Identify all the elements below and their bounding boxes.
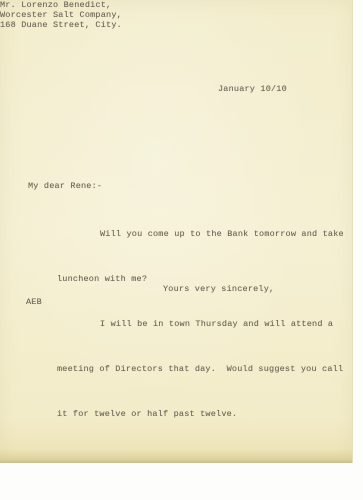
- body-line: Will you come up to the Bank tomorrow an…: [57, 227, 344, 242]
- typist-initials: AEB: [26, 297, 42, 307]
- body-line: meeting of Directors that day. Would sug…: [57, 362, 344, 377]
- recipient-company: Worcester Salt Company,: [0, 10, 352, 20]
- letter-paper: January 10/10 Mr. Lorenzo Benedict, Worc…: [0, 0, 353, 463]
- scanned-letter-background: January 10/10 Mr. Lorenzo Benedict, Worc…: [0, 0, 363, 500]
- body-line: I will be in town Thursday and will atte…: [57, 317, 344, 332]
- recipient-address-block: Mr. Lorenzo Benedict, Worcester Salt Com…: [0, 0, 352, 30]
- letter-body: Will you come up to the Bank tomorrow an…: [57, 197, 344, 452]
- complimentary-closing: Yours very sincerely,: [163, 284, 274, 294]
- letter-date: January 10/10: [218, 84, 287, 94]
- salutation: My dear Rene:-: [28, 181, 102, 191]
- recipient-street: 168 Duane Street, City.: [0, 20, 352, 30]
- body-line: it for twelve or half past twelve.: [57, 407, 344, 422]
- recipient-name: Mr. Lorenzo Benedict,: [0, 0, 352, 10]
